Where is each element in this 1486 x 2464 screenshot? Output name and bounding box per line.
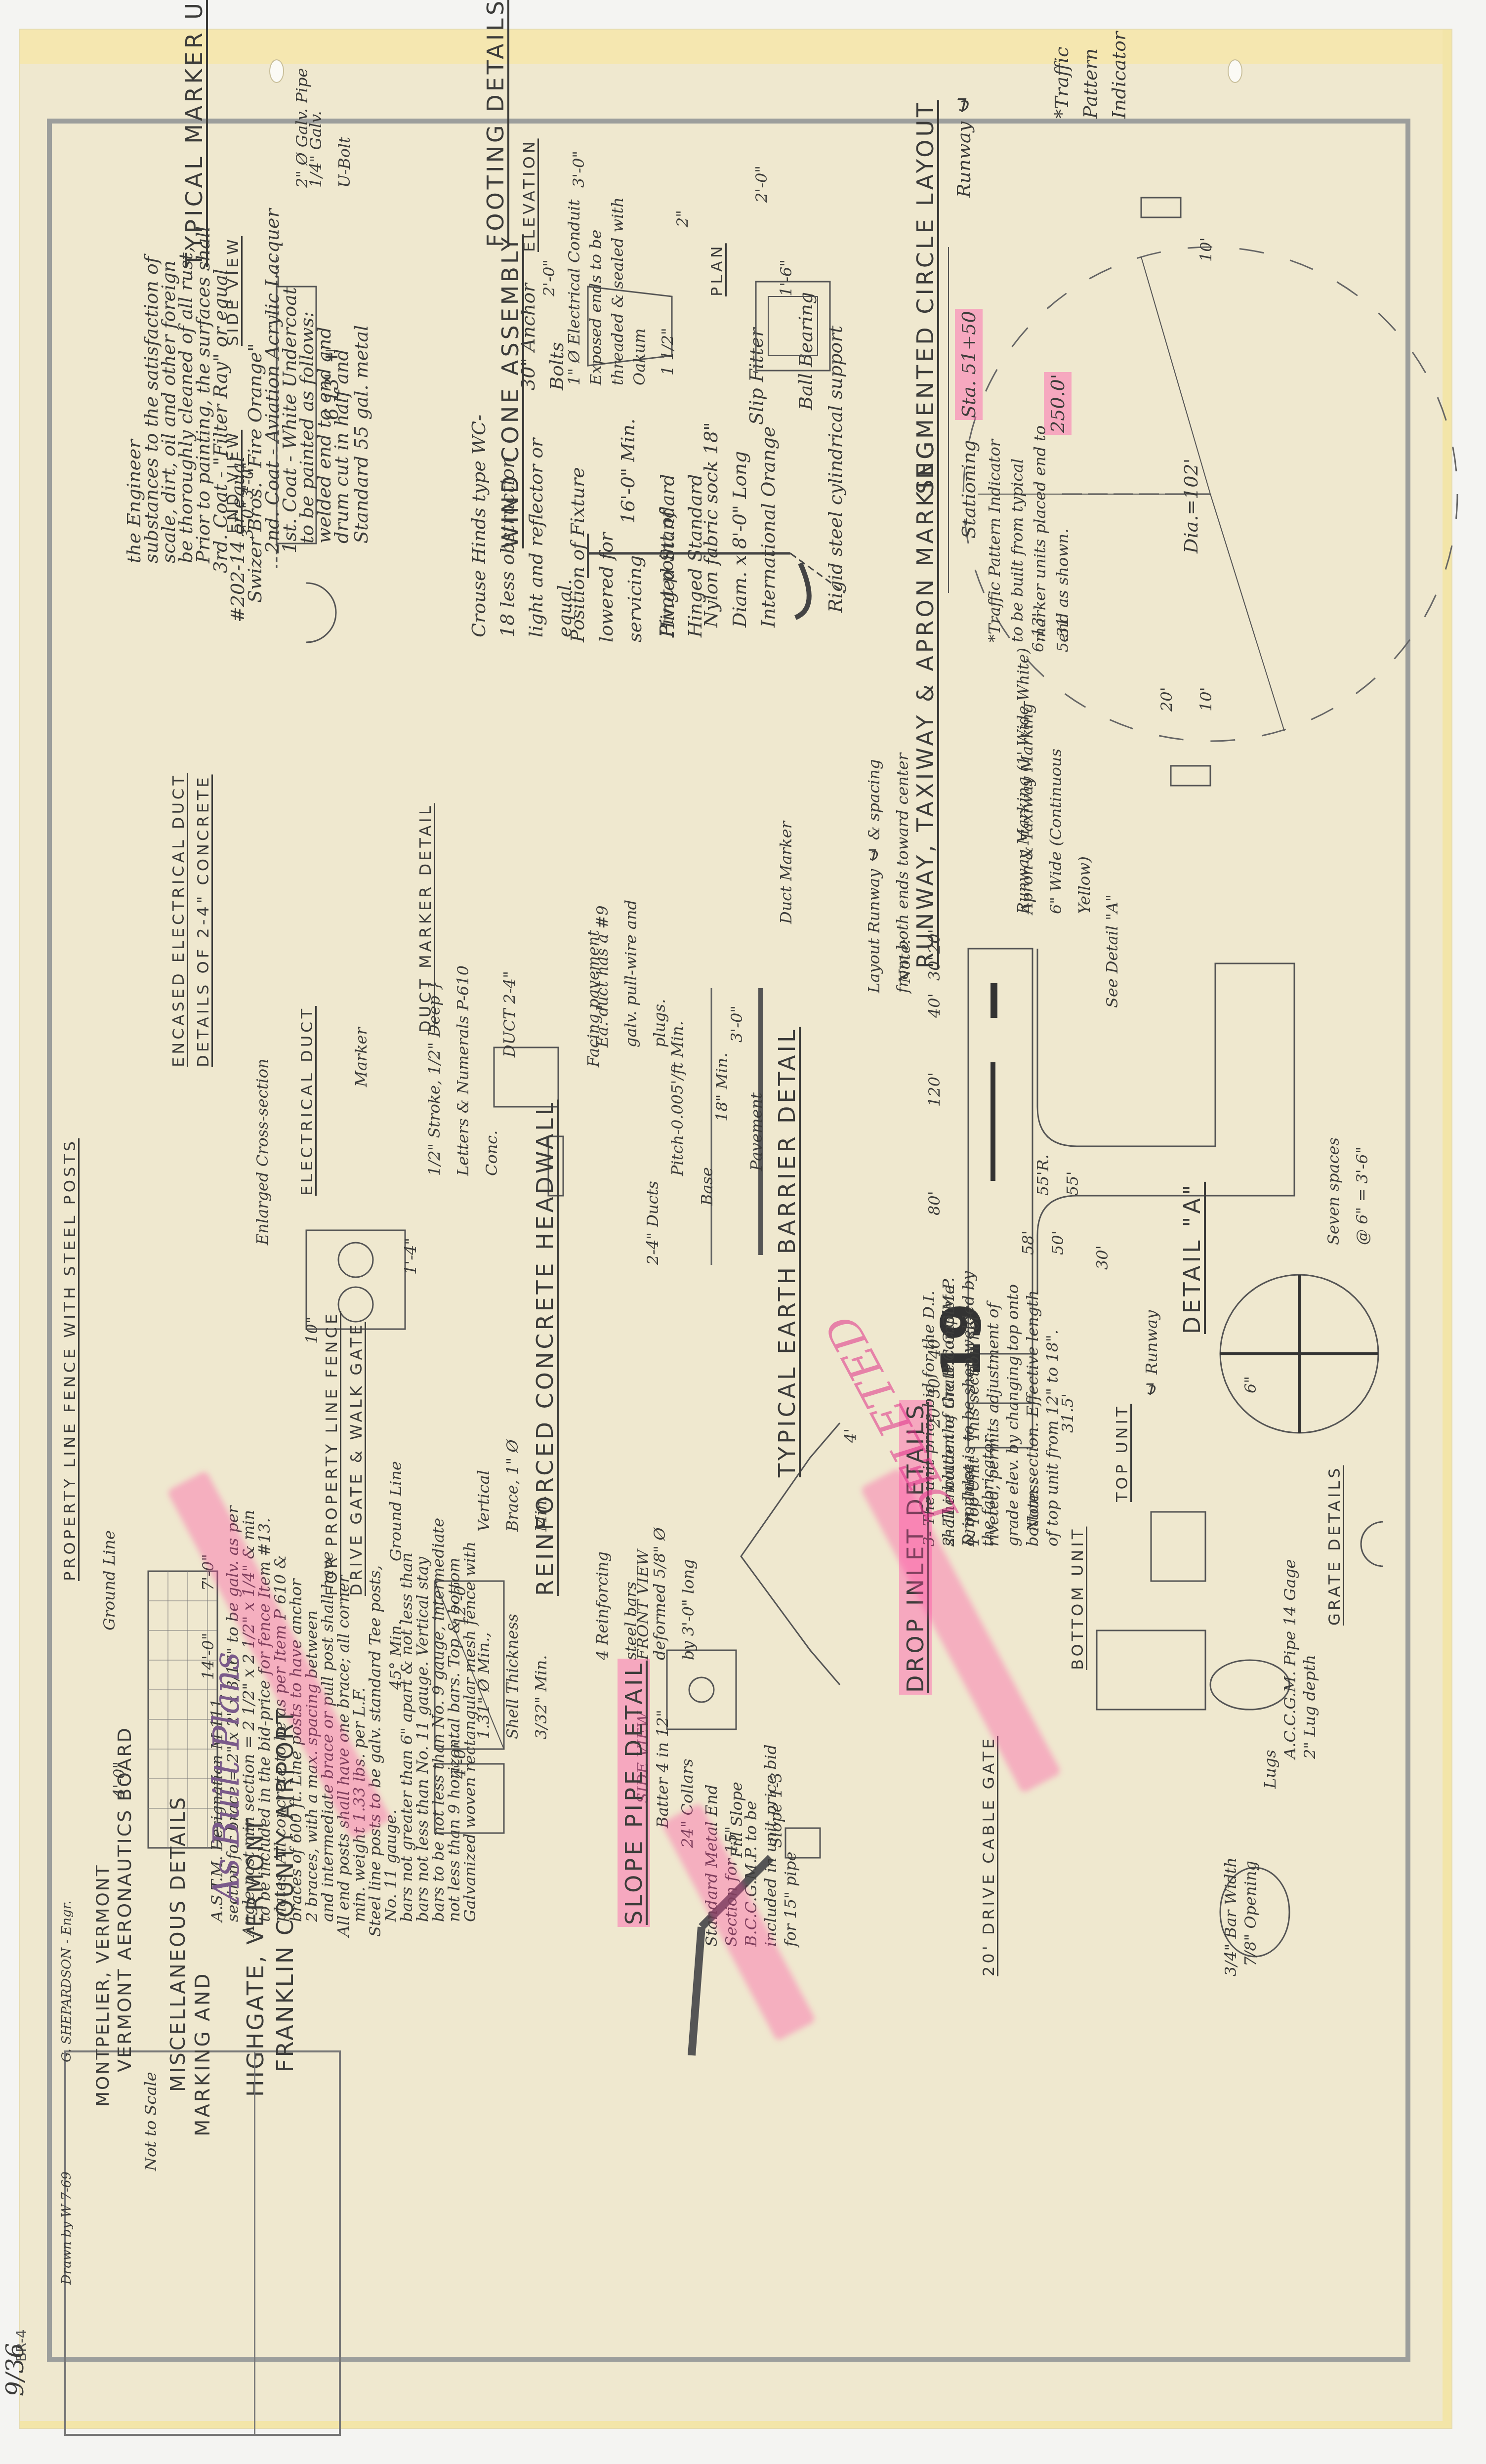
title-block: FRANKLIN COUNTY AIRPORT HIGHGATE, VERMON… bbox=[64, 2050, 341, 2436]
fence-title: PROPERTY LINE FENCE WITH STEEL POSTS bbox=[60, 1138, 79, 1581]
sheet-title-line-1: MARKING AND bbox=[192, 1972, 214, 2136]
engineer-name: G. SHEPARDSON - Engr. bbox=[52, 1900, 81, 2062]
fence-ground: Ground Line bbox=[95, 1530, 124, 1630]
as-built-annotation: As Built Plans bbox=[206, 1652, 247, 1902]
sheet-number: 9/36 bbox=[1, 2343, 30, 2396]
project-name: FRANKLIN COUNTY AIRPORT bbox=[272, 1708, 298, 2072]
agency-name: VERMONT AERONAUTICS BOARD bbox=[114, 1726, 135, 2072]
drawn-by: Drawn by W 7-69 bbox=[52, 2172, 81, 2285]
sheet-title-line-2: MISCELLANEOUS DETAILS bbox=[167, 1796, 190, 2092]
agency-city: MONTPELIER, VERMONT bbox=[93, 1864, 113, 2107]
scale-note: Not to Scale bbox=[136, 2072, 165, 2171]
